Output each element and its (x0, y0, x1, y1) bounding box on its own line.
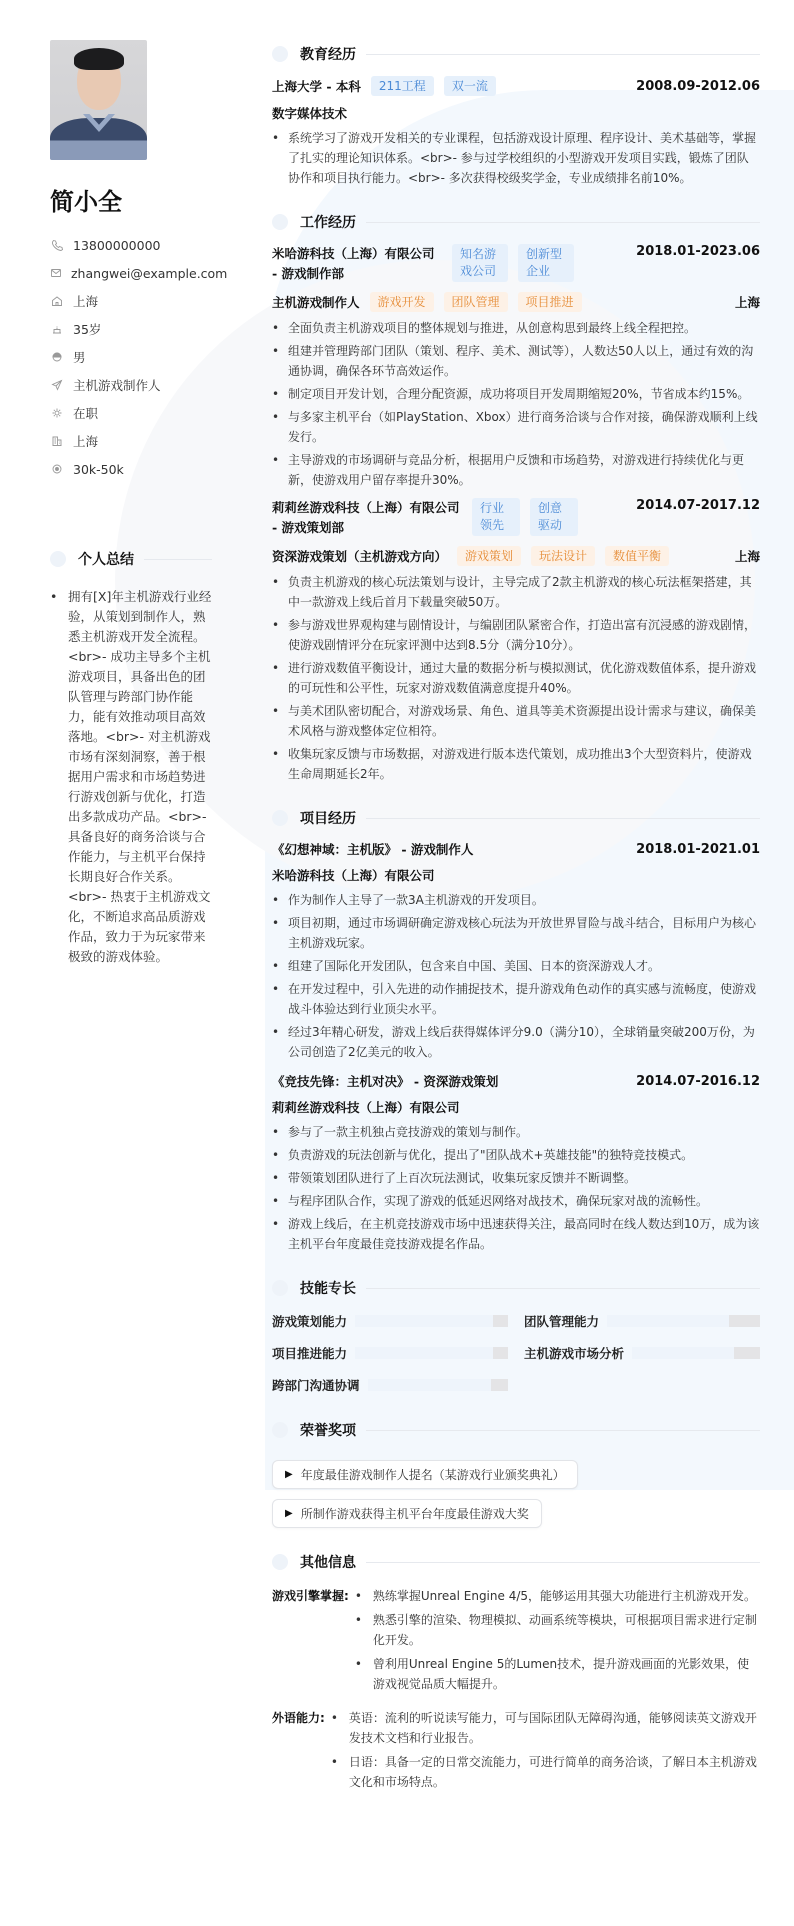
list-item: •与程序团队合作，实现了游戏的低延迟网络对战技术，确保玩家对战的流畅性。 (272, 1191, 760, 1211)
bullet-text: 收集玩家反馈与市场数据，对游戏进行版本迭代策划，成功推出3个大型资料片，使游戏生… (288, 744, 760, 784)
list-item: •熟悉引擎的渲染、物理模拟、动画系统等模块，可根据项目需求进行定制化开发。 (349, 1610, 760, 1650)
skill-name: 主机游戏市场分析 (524, 1344, 624, 1362)
project-date: 2014.07-2016.12 (636, 1074, 760, 1089)
other-title: 其他信息 (300, 1552, 356, 1572)
salary-icon (50, 462, 64, 476)
job-date: 2014.07-2017.12 (636, 498, 760, 513)
company-tag: 行业领先 (472, 498, 520, 536)
section-divider (144, 559, 212, 560)
work-section: 工作经历 米哈游科技（上海）有限公司 - 游戏制作部 知名游戏公司 创新型企业 … (272, 208, 760, 784)
education-title: 教育经历 (300, 44, 356, 64)
bullet-icon: • (272, 956, 288, 976)
project-company-row: 米哈游科技（上海）有限公司 (272, 866, 760, 884)
bullet-text: 英语：流利的听说读写能力，可与国际团队无障碍沟通，能够阅读英文游戏开发技术文档和… (349, 1708, 760, 1748)
job-location: 上海 (735, 293, 760, 311)
company-name: 米哈游科技（上海）有限公司 - 游戏制作部 (272, 244, 442, 284)
info-status: 在职 (50, 399, 212, 427)
summary-text: • 拥有[X]年主机游戏行业经验，从策划到制作人，熟悉主机游戏开发全流程。<br… (50, 587, 212, 967)
avatar-photo (50, 40, 147, 160)
job-bullets: •全面负责主机游戏项目的整体规划与推进，从创意构思到最终上线全程把控。 •组建并… (272, 318, 760, 490)
major: 数字媒体技术 (272, 104, 760, 122)
section-dot-icon (272, 46, 288, 62)
job-date: 2018.01-2023.06 (636, 244, 760, 259)
skill-item: 团队管理能力 (524, 1310, 760, 1332)
list-item: •进行游戏数值平衡设计，通过大量的数据分析与模拟测试，优化游戏数值体系，提升游戏… (272, 658, 760, 698)
list-item: •作为制作人主导了一款3A主机游戏的开发项目。 (272, 890, 760, 910)
bullet-text: 参与了一款主机独占竞技游戏的策划与制作。 (288, 1122, 760, 1142)
bullet-icon: • (349, 1654, 373, 1694)
sidebar: 简小全 13800000000 zhangwei@example.com 上海 (0, 40, 260, 1816)
section-divider (366, 1430, 760, 1431)
project-header: 《竞技先锋：主机对决》 - 资深游戏策划 2014.07-2016.12 (272, 1072, 760, 1090)
project-company-row: 莉莉丝游戏科技（上海）有限公司 (272, 1098, 760, 1116)
role-tag: 团队管理 (444, 292, 508, 312)
mail-icon (50, 266, 62, 280)
awards-list: ▶ 年度最佳游戏制作人提名（某游戏行业颁奖典礼） ▶ 所制作游戏获得主机平台年度… (272, 1450, 760, 1528)
section-divider (366, 54, 760, 55)
project-header: 《幻想神域：主机版》 - 游戏制作人 2018.01-2021.01 (272, 840, 760, 858)
education-header: 上海大学 - 本科 211工程 双一流 2008.09-2012.06 (272, 76, 760, 96)
bullet-text: 熟练掌握Unreal Engine 4/5，能够运用其强大功能进行主机游戏开发。 (373, 1586, 756, 1606)
company-name: 莉莉丝游戏科技（上海）有限公司 - 游戏策划部 (272, 498, 462, 538)
section-divider (366, 818, 760, 819)
info-status-text: 在职 (73, 404, 98, 422)
bullet-text: 组建并管理跨部门团队（策划、程序、美术、测试等），人数达50人以上，通过有效的沟… (288, 341, 760, 381)
bullet-icon: • (325, 1752, 349, 1792)
bullet-icon: • (272, 913, 288, 953)
role-tag: 数值平衡 (605, 546, 669, 566)
project-name: 《幻想神域：主机版》 - 游戏制作人 (272, 840, 473, 858)
main-content: 教育经历 上海大学 - 本科 211工程 双一流 2008.09-2012.06… (260, 40, 794, 1816)
other-items: •英语：流利的听说读写能力，可与国际团队无障碍沟通，能够阅读英文游戏开发技术文档… (325, 1708, 760, 1796)
info-email: zhangwei@example.com (50, 259, 212, 287)
list-item: •与多家主机平台（如PlayStation、Xbox）进行商务洽谈与合作对接，确… (272, 407, 760, 447)
bullet-text: 参与游戏世界观构建与剧情设计，与编剧团队紧密合作，打造出富有沉浸感的游戏剧情，使… (288, 615, 760, 655)
info-phone: 13800000000 (50, 231, 212, 259)
job-location: 上海 (735, 547, 760, 565)
work-title: 工作经历 (300, 212, 356, 232)
list-item: •参与了一款主机独占竞技游戏的策划与制作。 (272, 1122, 760, 1142)
bullet-icon: • (272, 1191, 288, 1211)
major-name: 数字媒体技术 (272, 104, 347, 122)
list-item: •收集玩家反馈与市场数据，对游戏进行版本迭代策划，成功推出3个大型资料片，使游戏… (272, 744, 760, 784)
info-phone-text: 13800000000 (73, 238, 160, 253)
info-age-text: 35岁 (73, 320, 101, 338)
skill-bar (368, 1379, 508, 1391)
school-name: 上海大学 - 本科 (272, 77, 361, 95)
play-triangle-icon: ▶ (285, 1469, 293, 1480)
school-tag: 双一流 (444, 76, 496, 96)
bullet-text: 与多家主机平台（如PlayStation、Xbox）进行商务洽谈与合作对接，确保… (288, 407, 760, 447)
info-target-role-text: 主机游戏制作人 (73, 376, 161, 394)
projects-title: 项目经历 (300, 808, 356, 828)
project-company: 莉莉丝游戏科技（上海）有限公司 (272, 1098, 460, 1116)
education-heading: 教育经历 (272, 40, 760, 68)
skills-grid: 游戏策划能力 团队管理能力 项目推进能力 主机游戏市场分析 跨部门沟通协调 (272, 1310, 760, 1396)
project-company: 米哈游科技（上海）有限公司 (272, 866, 435, 884)
bullet-icon: • (272, 744, 288, 784)
section-dot-icon (272, 1422, 288, 1438)
skill-bar (355, 1315, 508, 1327)
bullet-text: 负责主机游戏的核心玩法策划与设计，主导完成了2款主机游戏的核心玩法框架搭建，其中… (288, 572, 760, 612)
role-tag: 游戏策划 (457, 546, 521, 566)
other-label: 游戏引擎掌握: (272, 1586, 349, 1698)
skill-bar (632, 1347, 760, 1359)
skills-title: 技能专长 (300, 1278, 356, 1298)
list-item: •熟练掌握Unreal Engine 4/5，能够运用其强大功能进行主机游戏开发… (349, 1586, 760, 1606)
section-dot-icon (272, 810, 288, 826)
bullet-icon: • (272, 701, 288, 741)
section-divider (366, 1562, 760, 1563)
bullet-icon: • (272, 407, 288, 447)
skill-item: 项目推进能力 (272, 1342, 508, 1364)
job-role-row: 主机游戏制作人 游戏开发 团队管理 项目推进 上海 (272, 292, 760, 312)
info-salary-text: 30k-50k (73, 462, 124, 477)
bullet-text: 经过3年精心研发，游戏上线后获得媒体评分9.0（满分10），全球销量突破200万… (288, 1022, 760, 1062)
project-entry: 《幻想神域：主机版》 - 游戏制作人 2018.01-2021.01 米哈游科技… (272, 840, 760, 1062)
info-age: 35岁 (50, 315, 212, 343)
company-tag: 创新型企业 (518, 244, 574, 282)
list-item: • 系统学习了游戏开发相关的专业课程，包括游戏设计原理、程序设计、美术基础等，掌… (272, 128, 760, 188)
skills-section: 技能专长 游戏策划能力 团队管理能力 项目推进能力 主机游戏市场分析 (272, 1274, 760, 1396)
projects-heading: 项目经历 (272, 804, 760, 832)
skills-heading: 技能专长 (272, 1274, 760, 1302)
list-item: •负责主机游戏的核心玩法策划与设计，主导完成了2款主机游戏的核心玩法框架搭建，其… (272, 572, 760, 612)
skill-item: 游戏策划能力 (272, 1310, 508, 1332)
awards-heading: 荣誉奖项 (272, 1416, 760, 1444)
bullet-icon: • (272, 615, 288, 655)
list-item: •项目初期，通过市场调研确定游戏核心玩法为开放世界冒险与战斗结合，目标用户为核心… (272, 913, 760, 953)
bullet-icon: • (272, 1214, 288, 1254)
section-dot-icon (272, 1554, 288, 1570)
job-header: 莉莉丝游戏科技（上海）有限公司 - 游戏策划部 行业领先 创意驱动 2014.0… (272, 498, 760, 538)
award-item[interactable]: ▶ 所制作游戏获得主机平台年度最佳游戏大奖 (272, 1499, 542, 1528)
company-tag: 创意驱动 (530, 498, 578, 536)
phone-icon (50, 238, 64, 252)
company-tag: 知名游戏公司 (452, 244, 508, 282)
bullet-text: 组建了国际化开发团队，包含来自中国、美国、日本的资深游戏人才。 (288, 956, 760, 976)
bullet-icon: • (272, 1022, 288, 1062)
list-item: •带领策划团队进行了上百次玩法测试，收集玩家反馈并不断调整。 (272, 1168, 760, 1188)
bullet-text: 制定项目开发计划，合理分配资源，成功将项目开发周期缩短20%，节省成本约15%。 (288, 384, 760, 404)
section-divider (366, 222, 760, 223)
bullet-icon: • (272, 1168, 288, 1188)
list-item: •英语：流利的听说读写能力，可与国际团队无障碍沟通，能够阅读英文游戏开发技术文档… (325, 1708, 760, 1748)
info-residence: 上海 (50, 287, 212, 315)
skill-name: 跨部门沟通协调 (272, 1376, 360, 1394)
skill-name: 团队管理能力 (524, 1312, 599, 1330)
bullet-text: 熟悉引擎的渲染、物理模拟、动画系统等模块，可根据项目需求进行定制化开发。 (373, 1610, 760, 1650)
bullet-text: 与美术团队密切配合，对游戏场景、角色、道具等美术资源提出设计需求与建议，确保美术… (288, 701, 760, 741)
bullet-text: 曾利用Unreal Engine 5的Lumen技术，提升游戏画面的光影效果，使… (373, 1654, 760, 1694)
bullet-icon: • (272, 890, 288, 910)
list-item: •日语：具备一定的日常交流能力，可进行简单的商务洽谈，了解日本主机游戏文化和市场… (325, 1752, 760, 1792)
job-header: 米哈游科技（上海）有限公司 - 游戏制作部 知名游戏公司 创新型企业 2018.… (272, 244, 760, 284)
bullet-icon: • (272, 384, 288, 404)
status-icon (50, 406, 64, 420)
bullet-text: 游戏上线后，在主机竞技游戏市场中迅速获得关注，最高同时在线人数达到10万，成为该… (288, 1214, 760, 1254)
role-tag: 游戏开发 (370, 292, 434, 312)
list-item: •主导游戏的市场调研与竞品分析，根据用户反馈和市场趋势，对游戏进行持续优化与更新… (272, 450, 760, 490)
info-gender: 男 (50, 343, 212, 371)
skill-item: 主机游戏市场分析 (524, 1342, 760, 1364)
skill-item: 跨部门沟通协调 (272, 1374, 508, 1396)
role-tag: 玩法设计 (531, 546, 595, 566)
bullet-text: 日语：具备一定的日常交流能力，可进行简单的商务洽谈，了解日本主机游戏文化和市场特… (349, 1752, 760, 1792)
school-tag: 211工程 (371, 76, 434, 96)
bullet-icon: • (50, 587, 68, 967)
other-row-language: 外语能力: •英语：流利的听说读写能力，可与国际团队无障碍沟通，能够阅读英文游戏… (272, 1708, 760, 1796)
award-item[interactable]: ▶ 年度最佳游戏制作人提名（某游戏行业颁奖典礼） (272, 1460, 578, 1489)
bullet-icon: • (272, 1122, 288, 1142)
play-triangle-icon: ▶ (285, 1508, 293, 1519)
list-item: •与美术团队密切配合，对游戏场景、角色、道具等美术资源提出设计需求与建议，确保美… (272, 701, 760, 741)
awards-section: 荣誉奖项 ▶ 年度最佳游戏制作人提名（某游戏行业颁奖典礼） ▶ 所制作游戏获得主… (272, 1416, 760, 1528)
bullet-text: 全面负责主机游戏项目的整体规划与推进，从创意构思到最终上线全程把控。 (288, 318, 760, 338)
list-item: •组建并管理跨部门团队（策划、程序、美术、测试等），人数达50人以上，通过有效的… (272, 341, 760, 381)
gender-icon (50, 350, 64, 364)
job-bullets: •负责主机游戏的核心玩法策划与设计，主导完成了2款主机游戏的核心玩法框架搭建，其… (272, 572, 760, 784)
skill-bar (355, 1347, 508, 1359)
project-bullets: •参与了一款主机独占竞技游戏的策划与制作。 •负责游戏的玩法创新与优化，提出了"… (272, 1122, 760, 1254)
list-item: •制定项目开发计划，合理分配资源，成功将项目开发周期缩短20%，节省成本约15%… (272, 384, 760, 404)
summary-section: 个人总结 • 拥有[X]年主机游戏行业经验，从策划到制作人，熟悉主机游戏开发全流… (50, 545, 212, 967)
other-heading: 其他信息 (272, 1548, 760, 1576)
other-label: 外语能力: (272, 1708, 325, 1796)
project-entry: 《竞技先锋：主机对决》 - 资深游戏策划 2014.07-2016.12 莉莉丝… (272, 1072, 760, 1254)
info-email-text: zhangwei@example.com (71, 266, 227, 281)
bullet-icon: • (272, 979, 288, 1019)
bullet-text: 作为制作人主导了一款3A主机游戏的开发项目。 (288, 890, 760, 910)
summary-heading: 个人总结 (50, 545, 212, 573)
list-item: •在开发过程中，引入先进的动作捕捉技术，提升游戏角色动作的真实感与流畅度，使游戏… (272, 979, 760, 1019)
bullet-text: 项目初期，通过市场调研确定游戏核心玩法为开放世界冒险与战斗结合，目标用户为核心主… (288, 913, 760, 953)
bullet-icon: • (349, 1586, 373, 1606)
send-icon (50, 378, 64, 392)
info-residence-text: 上海 (73, 292, 98, 310)
job-role: 主机游戏制作人 (272, 293, 360, 311)
skill-name: 游戏策划能力 (272, 1312, 347, 1330)
info-work-city-text: 上海 (73, 432, 98, 450)
bullet-icon: • (272, 318, 288, 338)
education-detail: 系统学习了游戏开发相关的专业课程，包括游戏设计原理、程序设计、美术基础等，掌握了… (288, 128, 760, 188)
candidate-name: 简小全 (50, 182, 212, 217)
section-divider (366, 1288, 760, 1289)
bullet-text: 与程序团队合作，实现了游戏的低延迟网络对战技术，确保玩家对战的流畅性。 (288, 1191, 760, 1211)
list-item: •组建了国际化开发团队，包含来自中国、美国、日本的资深游戏人才。 (272, 956, 760, 976)
resume-page: 简小全 13800000000 zhangwei@example.com 上海 (0, 0, 794, 1816)
home-icon (50, 294, 64, 308)
bullet-icon: • (272, 450, 288, 490)
bullet-icon: • (272, 128, 288, 188)
work-heading: 工作经历 (272, 208, 760, 236)
list-item: •负责游戏的玩法创新与优化，提出了"团队战术+英雄技能"的独特竞技模式。 (272, 1145, 760, 1165)
bullet-text: 带领策划团队进行了上百次玩法测试，收集玩家反馈并不断调整。 (288, 1168, 760, 1188)
bullet-text: 在开发过程中，引入先进的动作捕捉技术，提升游戏角色动作的真实感与流畅度，使游戏战… (288, 979, 760, 1019)
skill-name: 项目推进能力 (272, 1344, 347, 1362)
other-row-engine: 游戏引擎掌握: •熟练掌握Unreal Engine 4/5，能够运用其强大功能… (272, 1586, 760, 1698)
info-salary: 30k-50k (50, 455, 212, 483)
list-item: •参与游戏世界观构建与剧情设计，与编剧团队紧密合作，打造出富有沉浸感的游戏剧情，… (272, 615, 760, 655)
building-icon (50, 434, 64, 448)
summary-title: 个人总结 (78, 549, 134, 569)
job-entry: 米哈游科技（上海）有限公司 - 游戏制作部 知名游戏公司 创新型企业 2018.… (272, 244, 760, 490)
bullet-text: 主导游戏的市场调研与竞品分析，根据用户反馈和市场趋势，对游戏进行持续优化与更新，… (288, 450, 760, 490)
section-dot-icon (272, 1280, 288, 1296)
job-entry: 莉莉丝游戏科技（上海）有限公司 - 游戏策划部 行业领先 创意驱动 2014.0… (272, 498, 760, 784)
project-bullets: •作为制作人主导了一款3A主机游戏的开发项目。 •项目初期，通过市场调研确定游戏… (272, 890, 760, 1062)
job-role-row: 资深游戏策划（主机游戏方向） 游戏策划 玩法设计 数值平衡 上海 (272, 546, 760, 566)
cake-icon (50, 322, 64, 336)
job-role: 资深游戏策划（主机游戏方向） (272, 547, 447, 565)
bullet-icon: • (325, 1708, 349, 1748)
info-work-city: 上海 (50, 427, 212, 455)
bullet-icon: • (272, 658, 288, 698)
list-item: •全面负责主机游戏项目的整体规划与推进，从创意构思到最终上线全程把控。 (272, 318, 760, 338)
project-name: 《竞技先锋：主机对决》 - 资深游戏策划 (272, 1072, 498, 1090)
education-bullets: • 系统学习了游戏开发相关的专业课程，包括游戏设计原理、程序设计、美术基础等，掌… (272, 128, 760, 188)
contact-info-list: 13800000000 zhangwei@example.com 上海 35岁 (50, 231, 212, 483)
award-text: 年度最佳游戏制作人提名（某游戏行业颁奖典礼） (301, 1466, 565, 1483)
bullet-text: 进行游戏数值平衡设计，通过大量的数据分析与模拟测试，优化游戏数值体系，提升游戏的… (288, 658, 760, 698)
bullet-icon: • (272, 572, 288, 612)
skill-bar (607, 1315, 760, 1327)
bullet-icon: • (349, 1610, 373, 1650)
section-dot-icon (272, 214, 288, 230)
role-tag: 项目推进 (518, 292, 582, 312)
bullet-icon: • (272, 1145, 288, 1165)
info-target-role: 主机游戏制作人 (50, 371, 212, 399)
summary-content: 拥有[X]年主机游戏行业经验，从策划到制作人，熟悉主机游戏开发全流程。<br>-… (68, 587, 212, 967)
other-items: •熟练掌握Unreal Engine 4/5，能够运用其强大功能进行主机游戏开发… (349, 1586, 760, 1698)
education-section: 教育经历 上海大学 - 本科 211工程 双一流 2008.09-2012.06… (272, 40, 760, 188)
project-date: 2018.01-2021.01 (636, 842, 760, 857)
projects-section: 项目经历 《幻想神域：主机版》 - 游戏制作人 2018.01-2021.01 … (272, 804, 760, 1254)
bullet-text: 负责游戏的玩法创新与优化，提出了"团队战术+英雄技能"的独特竞技模式。 (288, 1145, 760, 1165)
awards-title: 荣誉奖项 (300, 1420, 356, 1440)
other-section: 其他信息 游戏引擎掌握: •熟练掌握Unreal Engine 4/5，能够运用… (272, 1548, 760, 1796)
section-dot-icon (50, 551, 66, 567)
bullet-icon: • (272, 341, 288, 381)
list-item: •经过3年精心研发，游戏上线后获得媒体评分9.0（满分10），全球销量突破200… (272, 1022, 760, 1062)
award-text: 所制作游戏获得主机平台年度最佳游戏大奖 (301, 1505, 529, 1522)
info-gender-text: 男 (73, 348, 86, 366)
list-item: •游戏上线后，在主机竞技游戏市场中迅速获得关注，最高同时在线人数达到10万，成为… (272, 1214, 760, 1254)
list-item: •曾利用Unreal Engine 5的Lumen技术，提升游戏画面的光影效果，… (349, 1654, 760, 1694)
education-date: 2008.09-2012.06 (636, 79, 760, 94)
